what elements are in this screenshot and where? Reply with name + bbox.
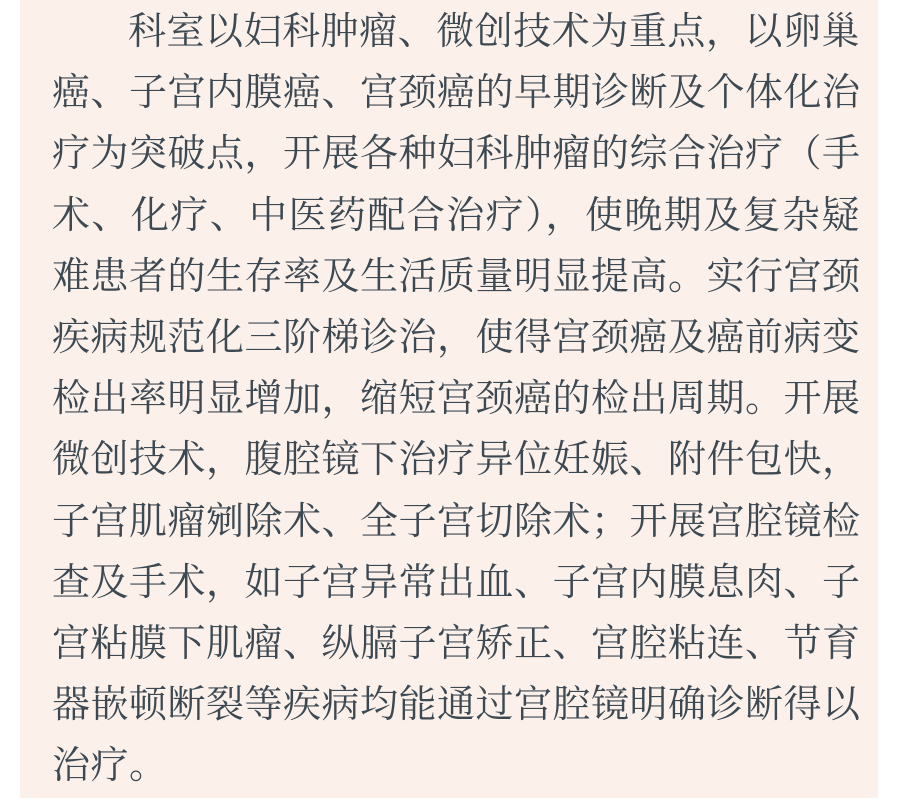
text-line: 治疗。 xyxy=(52,736,860,797)
text-line: 疗为突破点，开展各种妇科肿瘤的综合治疗（手 xyxy=(52,124,860,185)
text-line: 科室以妇科肿瘤、微创技术为重点，以卵巢 xyxy=(52,2,860,63)
text-line: 难患者的生存率及生活质量明显提高。实行宫颈 xyxy=(52,247,860,308)
text-line: 查及手术，如子宫异常出血、子宫内膜息肉、子 xyxy=(52,553,860,614)
text-line: 癌、子宫内膜癌、宫颈癌的早期诊断及个体化治 xyxy=(52,63,860,124)
text-line: 宫粘膜下肌瘤、纵膈子宫矫正、宫腔粘连、节育 xyxy=(52,614,860,675)
text-line: 微创技术，腹腔镜下治疗异位妊娠、附件包快， xyxy=(52,430,860,491)
article-panel: 科室以妇科肿瘤、微创技术为重点，以卵巢 癌、子宫内膜癌、宫颈癌的早期诊断及个体化… xyxy=(20,0,878,798)
text-line: 术、化疗、中医药配合治疗），使晚期及复杂疑 xyxy=(52,186,860,247)
text-line: 检出率明显增加，缩短宫颈癌的检出周期。开展 xyxy=(52,369,860,430)
text-line: 子宫肌瘤剜除术、全子宫切除术；开展宫腔镜检 xyxy=(52,492,860,553)
text-line: 疾病规范化三阶梯诊治，使得宫颈癌及癌前病变 xyxy=(52,308,860,369)
text-line: 器嵌顿断裂等疾病均能通过宫腔镜明确诊断得以 xyxy=(52,675,860,736)
page-background: 科室以妇科肿瘤、微创技术为重点，以卵巢 癌、子宫内膜癌、宫颈癌的早期诊断及个体化… xyxy=(0,0,900,802)
department-intro-paragraph: 科室以妇科肿瘤、微创技术为重点，以卵巢 癌、子宫内膜癌、宫颈癌的早期诊断及个体化… xyxy=(20,0,878,798)
